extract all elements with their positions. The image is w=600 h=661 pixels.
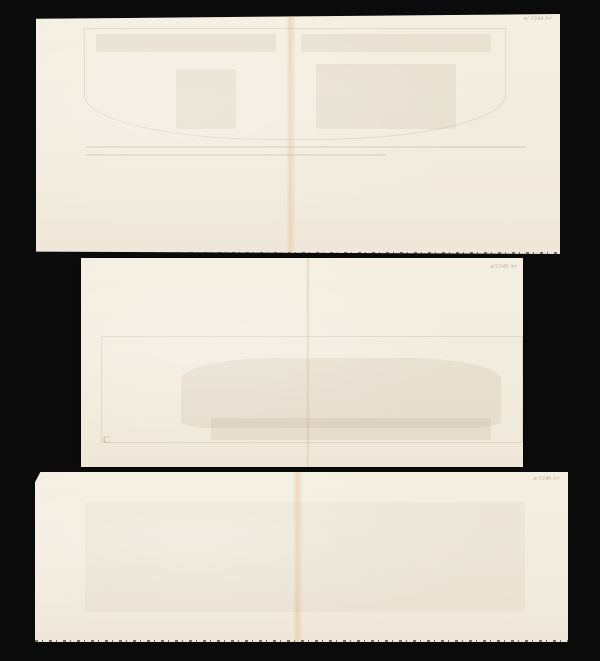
caption-line bbox=[86, 146, 526, 148]
inventory-mark: n/ 1344 /rr bbox=[524, 16, 552, 22]
engraving-columns-right bbox=[316, 64, 456, 129]
engraving-panel-left bbox=[96, 34, 276, 52]
inventory-mark: n/1345 /rr bbox=[490, 264, 517, 270]
print-sheet-top: n/ 1344 /rr bbox=[36, 14, 560, 254]
engraving-panel-right bbox=[301, 34, 491, 52]
corner-mark: C bbox=[103, 434, 110, 446]
engraving-columns-left bbox=[176, 69, 236, 129]
engraving-show-through bbox=[85, 502, 525, 612]
torn-edge bbox=[36, 252, 560, 256]
caption-line bbox=[86, 154, 386, 156]
torn-edge bbox=[35, 640, 568, 644]
print-sheet-bottom: n/1346 /rr bbox=[35, 472, 568, 642]
print-sheet-middle: n/1345 /rr C bbox=[81, 258, 523, 467]
inventory-mark: n/1346 /rr bbox=[533, 476, 560, 482]
procession-figures-lower bbox=[211, 418, 491, 440]
